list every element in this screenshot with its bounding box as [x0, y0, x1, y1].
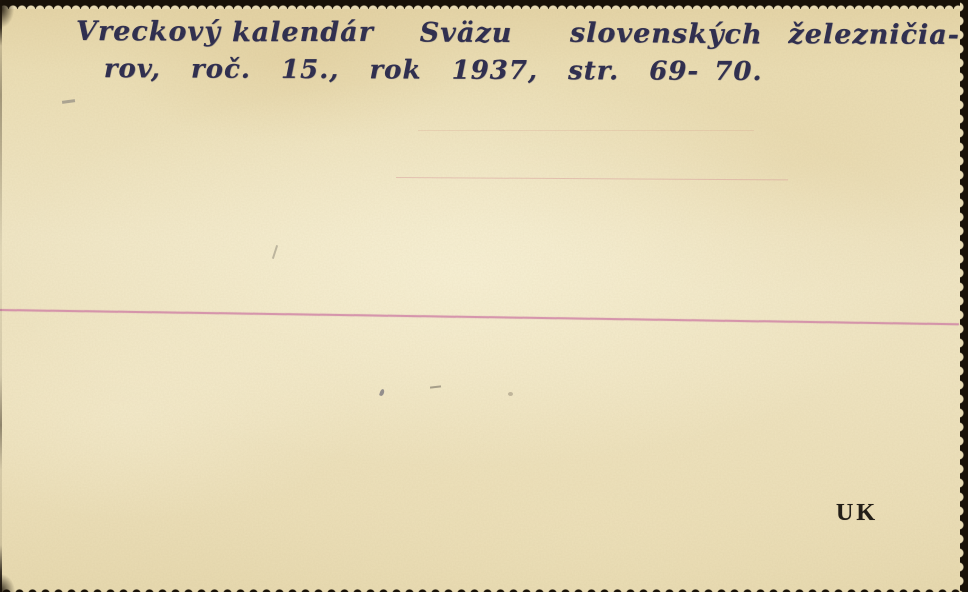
pencil-mark: [272, 245, 278, 259]
handwritten-citation: Vreckový kalendár Sväzu slovenských žele…: [76, 15, 960, 89]
handwritten-word: Sväzu: [420, 16, 513, 50]
ink-speck: [379, 389, 385, 397]
library-stamp: UK: [836, 500, 878, 527]
paper-mark: [508, 392, 513, 396]
pencil-dash: [430, 385, 441, 388]
ruled-line-faint-1: [396, 177, 788, 181]
handwritten-line-2: rov, roč. 15., rok 1937, str. 69- 70.: [104, 53, 960, 89]
perforated-edge-top: [0, 0, 968, 9]
torn-edge-left: [0, 0, 2, 592]
perforated-edge-bottom: [0, 584, 960, 592]
dark-corner-bottom-left: [0, 574, 15, 592]
pencil-dash: [62, 99, 75, 103]
handwritten-line-1: Vreckový kalendár Sväzu slovenských žele…: [76, 15, 960, 53]
ruled-line-main: [0, 309, 959, 325]
dark-corner-top-left: [0, 0, 14, 28]
handwritten-word: kalendár: [232, 16, 374, 50]
handwritten-word: Vreckový: [76, 15, 221, 50]
catalog-card-scan: Vreckový kalendár Sväzu slovenských žele…: [0, 0, 968, 592]
handwritten-word: slovenských: [570, 17, 763, 53]
paper-grain-texture: [0, 0, 968, 592]
handwritten-word: železničia-: [788, 18, 960, 53]
ruled-line-faint-2: [418, 130, 754, 131]
perforated-edge-right: [960, 0, 968, 592]
